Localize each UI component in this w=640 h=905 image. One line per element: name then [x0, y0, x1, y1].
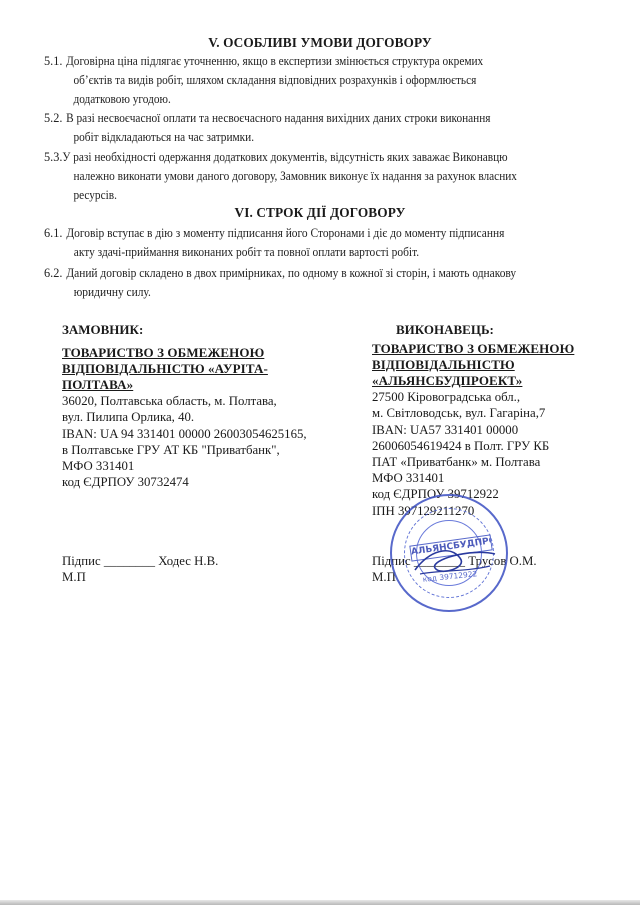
clause-line: Даний договір складено в двох примірника…: [44, 264, 516, 283]
clause-line: належно виконати умови даного договору, …: [44, 167, 517, 186]
handwritten-signature-icon: [410, 540, 500, 580]
contractor-block: ВИКОНАВЕЦЬ: ТОВАРИСТВО З ОБМЕЖЕНОЮ ВІДПО…: [372, 322, 574, 519]
customer-street: вул. Пилипа Орлика, 40.: [62, 409, 307, 425]
signature-label: Підпис: [62, 554, 101, 568]
clause-line: акту здачі-приймання виконаних робіт та …: [44, 243, 504, 262]
contractor-address: м. Світловодськ, вул. Гагаріна,7: [372, 405, 574, 421]
contractor-mfo: МФО 331401: [372, 470, 574, 486]
customer-company-line: ТОВАРИСТВО З ОБМЕЖЕНОЮ: [62, 345, 307, 361]
clause-line: ресурсів.: [44, 186, 517, 205]
clause-6-2: 6.2. Даний договір складено в двох примі…: [44, 264, 552, 302]
customer-iban: IBAN: UA 94 331401 00000 26003054625165,: [62, 426, 307, 442]
clause-line: об’єктів та видів робіт, шляхом складанн…: [44, 71, 483, 90]
section-5-title: V. ОСОБЛИВІ УМОВИ ДОГОВОРУ: [16, 36, 624, 52]
customer-signature: Підпис ________ Ходес Н.В. М.П: [62, 553, 218, 585]
contractor-iban: IBAN: UA57 331401 00000: [372, 422, 574, 438]
scan-edge: [0, 900, 640, 905]
contractor-company-line: ТОВАРИСТВО З ОБМЕЖЕНОЮ: [372, 341, 574, 357]
customer-bank: в Полтавське ГРУ АТ КБ "Приватбанк",: [62, 442, 307, 458]
contractor-company-line: «АЛЬЯНСБУДПРОЕКТ»: [372, 373, 574, 389]
contractor-region: 27500 Кіровоградська обл.,: [372, 389, 574, 405]
contractor-role: ВИКОНАВЕЦЬ:: [372, 322, 574, 338]
clause-5-3: 5.3. У разі необхідності одержання додат…: [44, 148, 558, 205]
customer-company-line: ПОЛТАВА»: [62, 377, 307, 393]
contract-page: V. ОСОБЛИВІ УМОВИ ДОГОВОРУ 5.1. Договірн…: [0, 0, 640, 905]
clause-line: юридичну силу.: [44, 283, 516, 302]
clause-line: додатковою угодою.: [44, 90, 483, 109]
customer-company-line: ВІДПОВІДАЛЬНІСТЮ «АУРІТА-: [62, 361, 307, 377]
contractor-bank: ПАТ «Приватбанк» м. Полтава: [372, 454, 574, 470]
clause-line: В разі несвоєчасної оплати та несвоєчасн…: [44, 109, 491, 128]
clause-line: Договірна ціна підлягає уточненню, якщо …: [44, 52, 483, 71]
contractor-company-line: ВІДПОВІДАЛЬНІСТЮ: [372, 357, 574, 373]
clause-line: робіт відкладаються на час затримки.: [44, 128, 491, 147]
signer-name: Ходес Н.В.: [158, 554, 218, 568]
customer-block: ЗАМОВНИК: ТОВАРИСТВО З ОБМЕЖЕНОЮ ВІДПОВІ…: [62, 322, 307, 490]
clause-line: Договір вступає в дію з моменту підписан…: [44, 224, 504, 243]
customer-address: 36020, Полтавська область, м. Полтава,: [62, 393, 307, 409]
section-6-title: VI. СТРОК ДІЇ ДОГОВОРУ: [16, 206, 624, 222]
customer-role: ЗАМОВНИК:: [62, 322, 307, 338]
signature-line: ________: [104, 554, 155, 568]
contractor-account: 26006054619424 в Полт. ГРУ КБ: [372, 438, 574, 454]
clause-5-2: 5.2. В разі несвоєчасної оплати та несво…: [44, 109, 529, 147]
customer-mfo: МФО 331401: [62, 458, 307, 474]
clause-5-1: 5.1. Договірна ціна підлягає уточненню, …: [44, 52, 521, 109]
seal-label: М.П: [62, 570, 86, 584]
customer-edrpou: код ЄДРПОУ 30732474: [62, 474, 307, 490]
clause-line: У разі необхідності одержання додаткових…: [44, 148, 517, 167]
clause-6-1: 6.1. Договір вступає в дію з моменту під…: [44, 224, 539, 262]
